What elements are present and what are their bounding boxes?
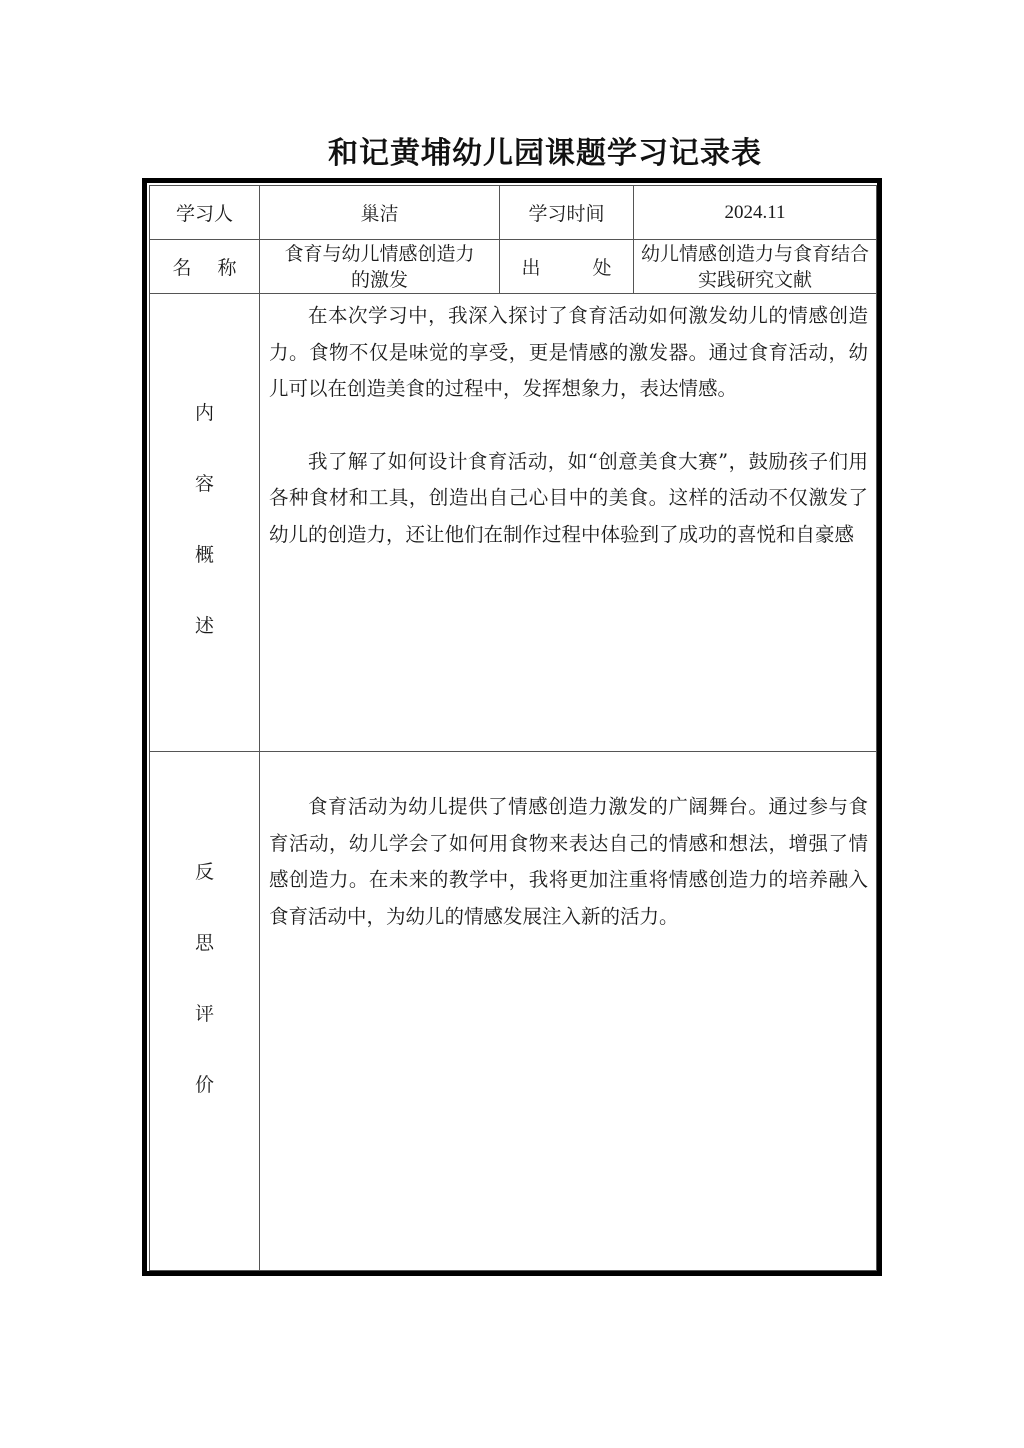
study-time-label: 学习时间 <box>500 186 634 240</box>
name-value-line-2: 的激发 <box>260 267 499 293</box>
reflection-label-char: 评 <box>195 999 214 1026</box>
document-title: 和记黄埔幼儿园课题学习记录表 <box>0 128 1024 172</box>
name-row: 名称 食育与幼儿情感创造力 的激发 出处 幼儿情感创造力与食育结合 实践研究文献 <box>150 240 877 294</box>
study-record-table: 学习人 巢洁 学习时间 2024.11 名称 食育与幼儿情感创造力 的激发 出处… <box>149 185 877 1271</box>
source-label: 出处 <box>500 240 634 294</box>
name-label-char-2: 称 <box>218 257 237 279</box>
reflection-row: 反 思 评 价 食育活动为幼儿提供了情感创造力激发的广阔舞台。通过参与食育活动，… <box>150 752 877 1271</box>
summary-label-char: 内 <box>195 398 214 425</box>
name-label: 名称 <box>150 240 260 294</box>
summary-paragraph: 我了解了如何设计食育活动，如“创意美食大赛”，鼓励孩子们用各种食材和工具，创造出… <box>269 444 868 554</box>
learner-label: 学习人 <box>150 186 260 240</box>
reflection-label-char: 思 <box>195 928 214 955</box>
summary-label-char: 概 <box>195 540 214 567</box>
reflection-label: 反 思 评 价 <box>150 752 260 1271</box>
reflection-label-char: 价 <box>195 1070 214 1097</box>
source-label-char-1: 出 <box>521 257 540 279</box>
summary-label-char: 述 <box>195 611 214 638</box>
name-value-line-1: 食育与幼儿情感创造力 <box>260 241 499 267</box>
summary-label: 内 容 概 述 <box>150 294 260 752</box>
summary-row: 内 容 概 述 在本次学习中，我深入探讨了食育活动如何激发幼儿的情感创造力。食物… <box>150 294 877 752</box>
summary-content: 在本次学习中，我深入探讨了食育活动如何激发幼儿的情感创造力。食物不仅是味觉的享受… <box>260 294 877 752</box>
name-label-char-1: 名 <box>172 257 191 279</box>
source-value-line-1: 幼儿情感创造力与食育结合 <box>634 241 876 267</box>
name-value: 食育与幼儿情感创造力 的激发 <box>260 240 500 294</box>
source-value: 幼儿情感创造力与食育结合 实践研究文献 <box>634 240 877 294</box>
source-value-line-2: 实践研究文献 <box>634 267 876 293</box>
source-label-char-2: 处 <box>593 257 612 279</box>
reflection-paragraph: 食育活动为幼儿提供了情感创造力激发的广阔舞台。通过参与食育活动，幼儿学会了如何用… <box>269 789 868 935</box>
study-time-value: 2024.11 <box>634 186 877 240</box>
reflection-label-char: 反 <box>195 857 214 884</box>
summary-label-char: 容 <box>195 469 214 496</box>
reflection-content: 食育活动为幼儿提供了情感创造力激发的广阔舞台。通过参与食育活动，幼儿学会了如何用… <box>260 752 877 1271</box>
summary-paragraph: 在本次学习中，我深入探讨了食育活动如何激发幼儿的情感创造力。食物不仅是味觉的享受… <box>269 298 868 408</box>
learner-value: 巢洁 <box>260 186 500 240</box>
header-row: 学习人 巢洁 学习时间 2024.11 <box>150 186 877 240</box>
